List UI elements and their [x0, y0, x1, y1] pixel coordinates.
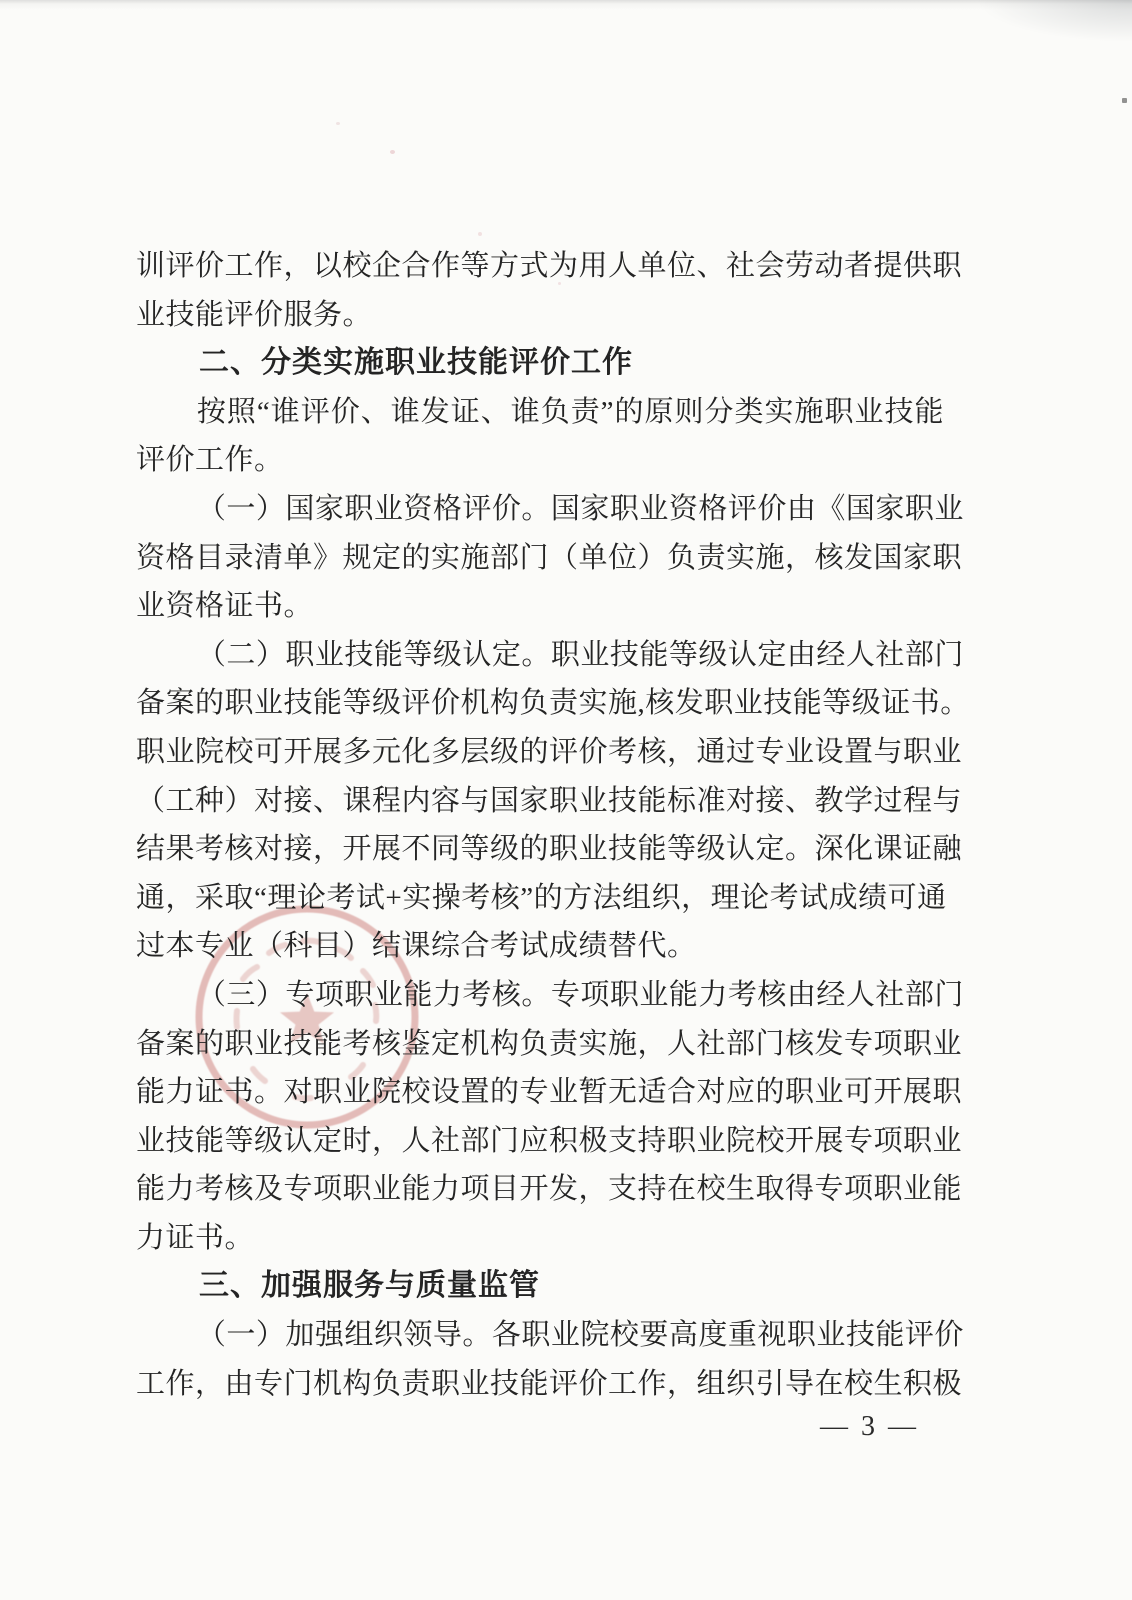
document-page: 训评价工作，以校企合作等方式为用人单位、社会劳动者提供职 业技能评价服务。 二、… — [0, 0, 1132, 1600]
section-heading: 三、加强服务与质量监管 — [136, 1262, 944, 1311]
body-line: 能力考核及专项职业能力项目开发，支持在校生取得专项职业能 — [136, 1165, 944, 1214]
body-line: （工种）对接、课程内容与国家职业技能标准对接、教学过程与 — [136, 777, 944, 826]
body-line: 职业院校可开展多元化多层级的评价考核，通过专业设置与职业 — [136, 728, 944, 777]
scan-speckle — [390, 150, 395, 154]
body-line: 工作，由专门机构负责职业技能评价工作，组织引导在校生积极 — [136, 1360, 944, 1409]
body-line: 按照“谁评价、谁发证、谁负责”的原则分类实施职业技能 — [136, 388, 944, 437]
body-line: 业资格证书。 — [136, 582, 944, 631]
body-line: （一）国家职业资格评价。国家职业资格评价由《国家职业 — [136, 485, 944, 534]
scan-speckle — [478, 232, 482, 236]
page-number: — 3 — — [820, 1411, 919, 1443]
body-line: 训评价工作，以校企合作等方式为用人单位、社会劳动者提供职 — [136, 242, 944, 291]
body-line: （一）加强组织领导。各职业院校要高度重视职业技能评价 — [136, 1311, 944, 1360]
scan-speckle — [336, 122, 340, 125]
section-heading: 二、分类实施职业技能评价工作 — [136, 339, 944, 388]
body-line: 评价工作。 — [136, 436, 944, 485]
body-line: 业技能等级认定时，人社部门应积极支持职业院校开展专项职业 — [136, 1117, 944, 1166]
body-line: （二）职业技能等级认定。职业技能等级认定由经人社部门 — [136, 631, 944, 680]
body-line: 备案的职业技能等级评价机构负责实施,核发职业技能等级证书。 — [136, 679, 944, 728]
body-line: （三）专项职业能力考核。专项职业能力考核由经人社部门 — [136, 971, 944, 1020]
body-line: 能力证书。对职业院校设置的专业暂无适合对应的职业可开展职 — [136, 1068, 944, 1117]
body-line: 结果考核对接，开展不同等级的职业技能等级认定。深化课证融 — [136, 825, 944, 874]
body-line: 过本专业（科目）结课综合考试成绩替代。 — [136, 922, 944, 971]
body-line: 资格目录清单》规定的实施部门（单位）负责实施，核发国家职 — [136, 534, 944, 583]
scan-speckle — [1122, 98, 1127, 103]
body-line: 业技能评价服务。 — [136, 291, 944, 340]
body-line: 力证书。 — [136, 1214, 944, 1263]
body-line: 通，采取“理论考试+实操考核”的方法组织，理论考试成绩可通 — [136, 874, 944, 923]
document-body: 训评价工作，以校企合作等方式为用人单位、社会劳动者提供职 业技能评价服务。 二、… — [136, 242, 944, 1408]
body-line: 备案的职业技能考核鉴定机构负责实施，人社部门核发专项职业 — [136, 1020, 944, 1069]
